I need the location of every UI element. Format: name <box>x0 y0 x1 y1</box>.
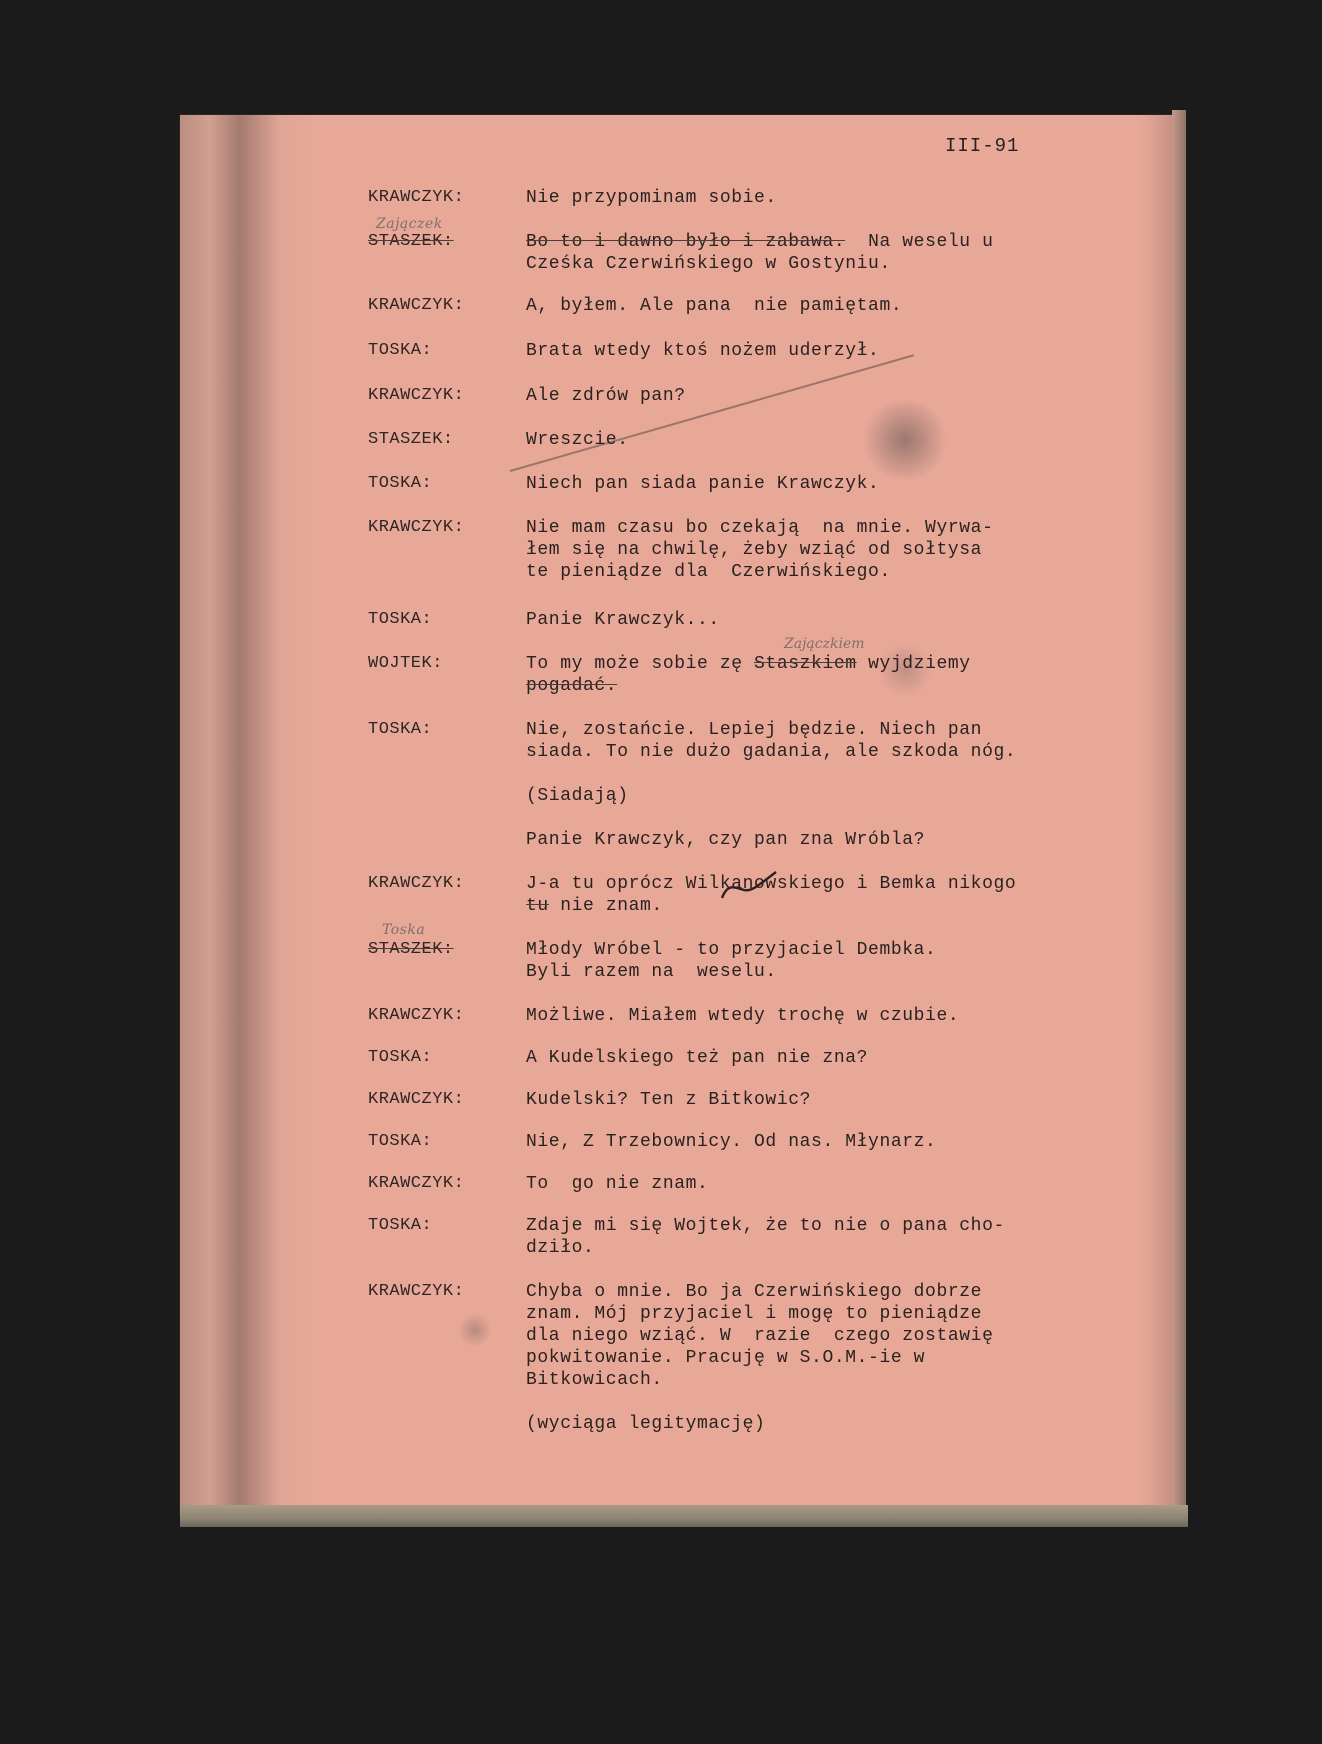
dialogue-entry: TOSKA: Panie Krawczyk... <box>368 609 1128 631</box>
speaker-name: KRAWCZYK: <box>368 295 526 317</box>
dialogue-entry: KRAWCZYK: J-a tu oprócz Wilkanowskiego i… <box>368 873 1128 917</box>
dialogue-text: To go nie znam. <box>526 1173 708 1195</box>
dialogue-entry: WOJTEK: Zajączkiem To my może sobie zę S… <box>368 653 1128 697</box>
script-body: KRAWCZYK: Nie przypominam sobie. Zającze… <box>368 187 1128 1435</box>
speaker-name: STASZEK: <box>368 429 526 451</box>
speaker-name: KRAWCZYK: <box>368 1089 526 1111</box>
dialogue-text: Nie, Z Trzebownicy. Od nas. Młynarz. <box>526 1131 936 1153</box>
dialogue-entry: TOSKA: Niech pan siada panie Krawczyk. <box>368 473 1128 495</box>
speaker-name: WOJTEK: <box>368 653 526 675</box>
dialogue-text: J-a tu oprócz Wilkanowskiego i Bemka nik… <box>526 873 1016 895</box>
dialogue-text: Nie, zostańcie. Lepiej będzie. Niech pan <box>526 719 1016 741</box>
dialogue-entry: KRAWCZYK: Nie przypominam sobie. <box>368 187 1128 209</box>
speaker-name: TOSKA: <box>368 1131 526 1153</box>
dialogue-text: A, byłem. Ale pana nie pamiętam. <box>526 295 902 317</box>
dialogue-text: Na weselu u <box>868 232 993 252</box>
dialogue-entry: STASZEK: Wreszcie. <box>368 429 1128 451</box>
struck-text: Bo to i dawno było i zabawa. <box>526 232 845 252</box>
dialogue-text: A Kudelskiego też pan nie zna? <box>526 1047 868 1069</box>
stage-direction: (Siadają) <box>526 785 1128 807</box>
handwritten-annotation: Toska <box>382 919 425 941</box>
dialogue-text: Możliwe. Miałem wtedy trochę w czubie. <box>526 1005 959 1027</box>
dialogue-entry: KRAWCZYK: Chyba o mnie. Bo ja Czerwiński… <box>368 1281 1128 1391</box>
dialogue-text: pokwitowanie. Pracuję w S.O.M.-ie w <box>526 1347 993 1369</box>
dialogue-entry: TOSKA: Nie, zostańcie. Lepiej będzie. Ni… <box>368 719 1128 763</box>
dialogue-text: dla niego wziąć. W razie czego zostawię <box>526 1325 993 1347</box>
dialogue-text: Młody Wróbel - to przyjaciel Dembka. <box>526 939 936 961</box>
dialogue-entry: KRAWCZYK: A, byłem. Ale pana nie pamięta… <box>368 295 1128 317</box>
dialogue-entry: KRAWCZYK: Kudelski? Ten z Bitkowic? <box>368 1089 1128 1111</box>
struck-text: tu <box>526 896 549 916</box>
dialogue-text: znam. Mój przyjaciel i mogę to pieniądze <box>526 1303 993 1325</box>
dialogue-text: Niech pan siada panie Krawczyk. <box>526 473 879 495</box>
speaker-name: KRAWCZYK: <box>368 1005 526 1027</box>
handwritten-annotation: Zajączkiem <box>784 636 865 652</box>
dialogue-entry: Toska STASZEK: Młody Wróbel - to przyjac… <box>368 939 1128 983</box>
speaker-name: TOSKA: <box>368 609 526 631</box>
dialogue-text: dziło. <box>526 1237 1005 1259</box>
dialogue-text: Wreszcie. <box>526 429 629 451</box>
dialogue-text: Bitkowicach. <box>526 1369 993 1391</box>
dialogue-text: Nie przypominam sobie. <box>526 187 777 209</box>
speaker-name: TOSKA: <box>368 340 526 362</box>
dialogue-entry: TOSKA: Nie, Z Trzebownicy. Od nas. Młyna… <box>368 1131 1128 1153</box>
stage-direction: (wyciąga legitymację) <box>526 1413 1128 1435</box>
dialogue-entry: Zajączek STASZEK: Bo to i dawno było i z… <box>368 231 1128 275</box>
speaker-name: KRAWCZYK: <box>368 517 526 539</box>
dialogue-text: Brata wtedy ktoś nożem uderzył. <box>526 340 879 362</box>
speaker-name: TOSKA: <box>368 1215 526 1237</box>
dialogue-text: łem się na chwilę, żeby wziąć od sołtysa <box>526 539 993 561</box>
speaker-name: TOSKA: <box>368 473 526 495</box>
dialogue-text: Byli razem na weselu. <box>526 961 936 983</box>
dialogue-text: Panie Krawczyk... <box>526 609 720 631</box>
dialogue-text: Ale zdrów pan? <box>526 385 686 407</box>
struck-text: pogadać. <box>526 675 971 697</box>
dialogue-text: Zdaje mi się Wojtek, że to nie o pana ch… <box>526 1215 1005 1237</box>
struck-text: Staszkiem <box>754 654 857 674</box>
speaker-label: STASZEK: <box>368 940 454 959</box>
speaker-name: KRAWCZYK: <box>368 385 526 407</box>
dialogue-entry: KRAWCZYK: Możliwe. Miałem wtedy trochę w… <box>368 1005 1128 1027</box>
dialogue-continuation: Panie Krawczyk, czy pan zna Wróbla? <box>526 829 1128 851</box>
dialogue-entry: TOSKA: Zdaje mi się Wojtek, że to nie o … <box>368 1215 1128 1259</box>
speaker-name: Toska STASZEK: <box>368 939 526 961</box>
dialogue-text: Chyba o mnie. Bo ja Czerwińskiego dobrze <box>526 1281 993 1303</box>
dialogue-entry: KRAWCZYK: Ale zdrów pan? <box>368 385 1128 407</box>
page-number: III-91 <box>945 135 1019 157</box>
speaker-name: KRAWCZYK: <box>368 187 526 209</box>
speaker-name: KRAWCZYK: <box>368 873 526 895</box>
speaker-name: TOSKA: <box>368 1047 526 1069</box>
dialogue-text: Cześka Czerwińskiego w Gostyniu. <box>526 253 993 275</box>
dialogue-text: To my może sobie zę <box>526 654 754 674</box>
dialogue-text: nie znam. <box>549 896 663 916</box>
dialogue-text: te pieniądze dla Czerwińskiego. <box>526 561 993 583</box>
dialogue-text: siada. To nie dużo gadania, ale szkoda n… <box>526 741 1016 763</box>
dialogue-text: Kudelski? Ten z Bitkowic? <box>526 1089 811 1111</box>
speaker-name: KRAWCZYK: <box>368 1281 526 1303</box>
dialogue-entry: TOSKA: A Kudelskiego też pan nie zna? <box>368 1047 1128 1069</box>
dialogue-entry: TOSKA: Brata wtedy ktoś nożem uderzył. <box>368 340 1128 362</box>
speaker-name: TOSKA: <box>368 719 526 741</box>
dialogue-entry: KRAWCZYK: Nie mam czasu bo czekają na mn… <box>368 517 1128 583</box>
handwritten-annotation: Zajączek <box>376 213 443 235</box>
dialogue-entry: KRAWCZYK: To go nie znam. <box>368 1173 1128 1195</box>
page-bottom-edge <box>180 1505 1188 1527</box>
speaker-name: KRAWCZYK: <box>368 1173 526 1195</box>
dialogue-text: Nie mam czasu bo czekają na mnie. Wyrwa- <box>526 517 993 539</box>
dialogue-text: wyjdziemy <box>857 654 971 674</box>
page-stack-edge <box>1172 110 1186 1520</box>
speaker-name: Zajączek STASZEK: <box>368 231 526 253</box>
